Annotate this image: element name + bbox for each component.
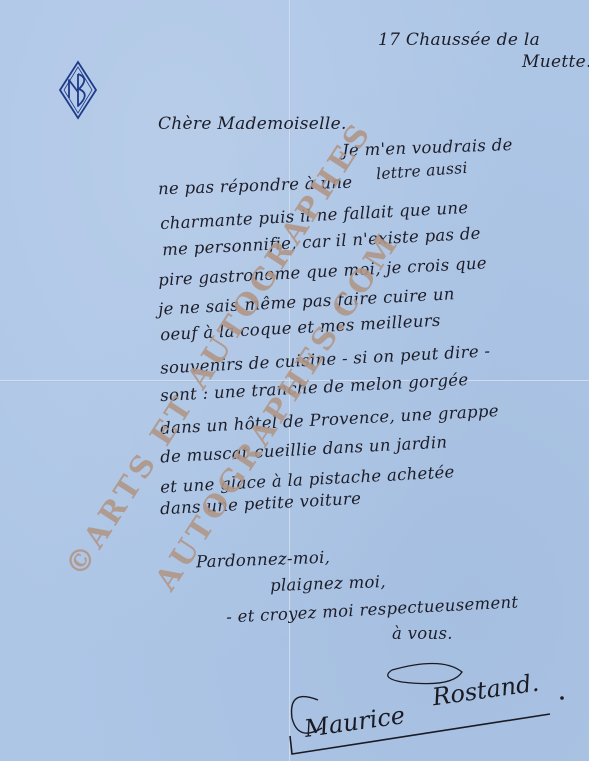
body-line: ne pas répondre à une xyxy=(158,173,353,199)
address-line-2: Muette. xyxy=(522,52,589,72)
letter-paper: 17 Chaussée de la Muette. Chère Mademois… xyxy=(0,0,589,761)
closing-line: plaignez moi, xyxy=(270,572,386,595)
body-line: de muscat cueillie dans un jardin xyxy=(160,432,448,466)
page: 17 Chaussée de la Muette. Chère Mademois… xyxy=(0,0,594,768)
closing-line: à vous. xyxy=(392,624,453,643)
address-line-1: 17 Chaussée de la xyxy=(378,30,540,50)
closing-line: Pardonnez-moi, xyxy=(196,548,331,572)
diamond-monogram-icon xyxy=(58,60,98,120)
body-line: Je m'en voudrais de xyxy=(342,135,513,160)
body-line: dans un hôtel de Provence, une grappe xyxy=(160,401,499,438)
salutation: Chère Mademoiselle. xyxy=(158,114,347,134)
closing-line: - et croyez moi respectueusement xyxy=(226,592,519,626)
body-line: lettre aussi xyxy=(375,159,468,183)
signature: Maurice Rostand. xyxy=(282,658,572,758)
